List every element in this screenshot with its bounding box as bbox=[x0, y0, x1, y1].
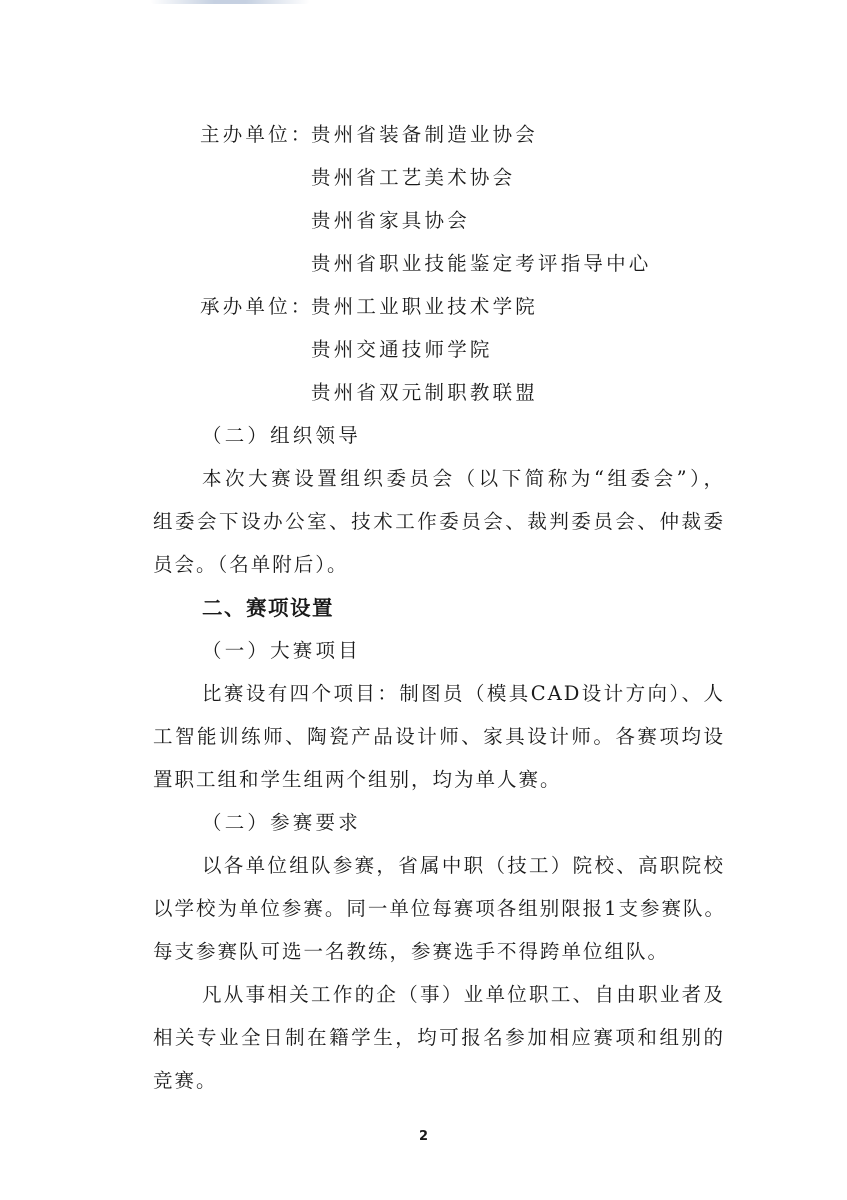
participation-p1-line-3: 每支参赛队可选一名教练，参赛选手不得跨单位组队。 bbox=[153, 940, 669, 964]
undertaker-org-1: 贵州工业职业技术学院 bbox=[311, 295, 538, 319]
competition-items-line-3: 置职工组和学生组两个组别，均为单人赛。 bbox=[153, 768, 562, 792]
host-org-1: 贵州省装备制造业协会 bbox=[311, 123, 538, 147]
undertaker-label: 承办单位： bbox=[200, 295, 314, 319]
undertaker-org-2: 贵州交通技师学院 bbox=[311, 338, 493, 362]
org-leadership-paragraph-line-2: 组委会下设办公室、技术工作委员会、裁判委员会、仲裁委 bbox=[153, 510, 725, 534]
competition-items-line-1: 比赛设有四个项目：制图员（模具CAD设计方向）、人 bbox=[202, 682, 725, 706]
org-leadership-paragraph-line-1: 本次大赛设置组织委员会（以下简称为“组委会”）， bbox=[202, 467, 725, 491]
participation-p1-line-2: 以学校为单位参赛。同一单位每赛项各组别限报1支参赛队。 bbox=[153, 897, 725, 921]
org-leadership-paragraph-line-3: 员会。（名单附后）。 bbox=[153, 553, 349, 577]
document-page: 主办单位： 贵州省装备制造业协会 贵州省工艺美术协会 贵州省家具协会 贵州省职业… bbox=[0, 0, 847, 1200]
org-leadership-heading: （二）组织领导 bbox=[202, 424, 361, 448]
host-label: 主办单位： bbox=[200, 123, 314, 147]
participation-p2-line-1: 凡从事相关工作的企（事）业单位职工、自由职业者及 bbox=[202, 983, 725, 1007]
page-number: 2 bbox=[0, 1129, 847, 1144]
participation-requirements-heading: （二）参赛要求 bbox=[202, 811, 361, 835]
participation-p2-line-3: 竞赛。 bbox=[153, 1069, 218, 1093]
participation-p1-line-1: 以各单位组队参赛，省属中职（技工）院校、高职院校 bbox=[202, 854, 725, 878]
host-org-2: 贵州省工艺美术协会 bbox=[311, 166, 515, 190]
host-org-3: 贵州省家具协会 bbox=[311, 209, 470, 233]
undertaker-org-3: 贵州省双元制职教联盟 bbox=[311, 381, 538, 405]
competition-items-line-2: 工智能训练师、陶瓷产品设计师、家具设计师。各赛项均设 bbox=[153, 725, 725, 749]
competition-items-heading: （一）大赛项目 bbox=[202, 639, 361, 663]
section-two-heading: 二、赛项设置 bbox=[202, 596, 334, 620]
participation-p2-line-2: 相关专业全日制在籍学生，均可报名参加相应赛项和组别的 bbox=[153, 1026, 725, 1050]
host-org-4: 贵州省职业技能鉴定考评指导中心 bbox=[311, 252, 652, 276]
